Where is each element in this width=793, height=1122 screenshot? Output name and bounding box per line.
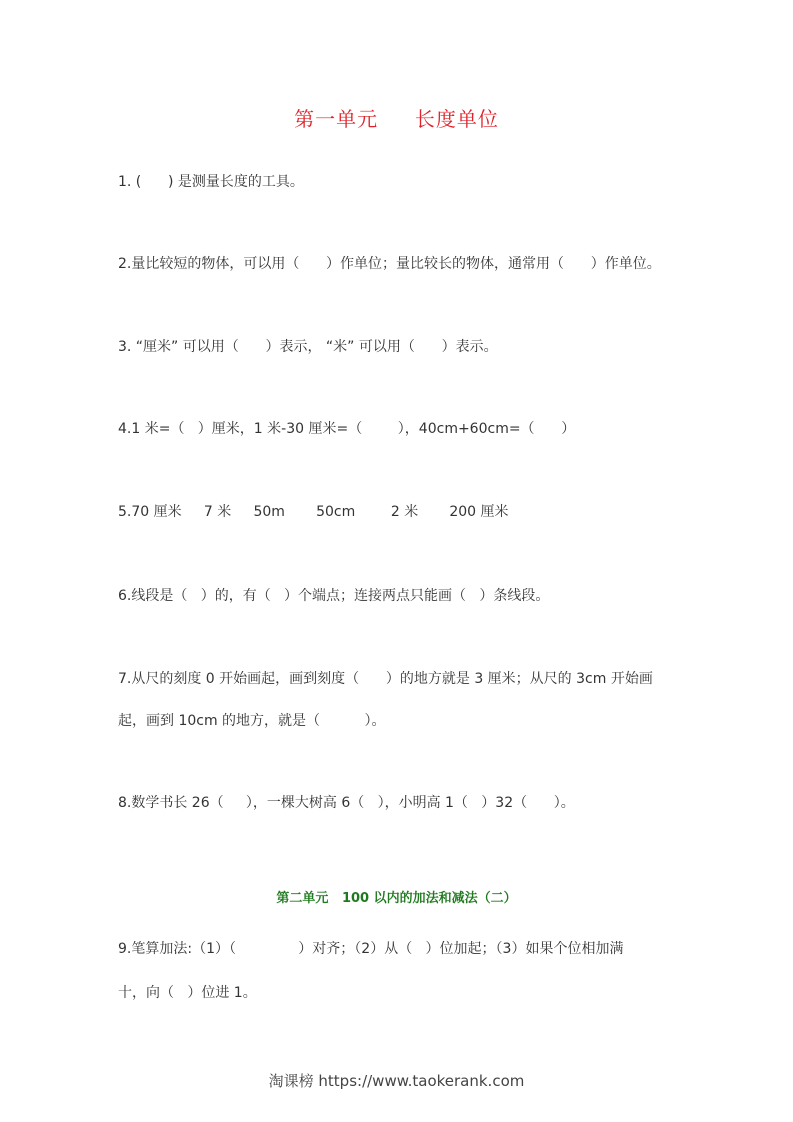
question-4: 4.1 米=（ ）厘米，1 米-30 厘米=（ ），40cm+60cm=（ ）: [118, 419, 575, 439]
question-9-line-1: 9.笔算加法:（1）（ ）对齐；（2）从（ ）位加起；（3）如果个位相加满: [118, 939, 623, 959]
question-1: 1. ( ) 是测量长度的工具。: [118, 172, 304, 192]
question-6: 6.线段是（ ）的，有（ ）个端点；连接两点只能画（ ）条线段。: [118, 586, 549, 606]
footer-watermark: 淘课榜 https://www.taokerank.com: [0, 1070, 793, 1091]
question-5: 5.70 厘米 7 米 50m 50cm 2 米 200 厘米: [118, 502, 509, 522]
question-7-line-2: 起，画到 10cm 的地方，就是（ ）。: [118, 711, 386, 731]
question-3: 3. “厘米” 可以用（ ）表示， “米” 可以用（ ）表示。: [118, 337, 498, 357]
question-7-line-1: 7.从尺的刻度 0 开始画起，画到刻度（ ）的地方就是 3 厘米；从尺的 3cm…: [118, 669, 653, 689]
document-page: 第一单元 长度单位 1. ( ) 是测量长度的工具。 2.量比较短的物体，可以用…: [0, 0, 793, 1122]
question-9-line-2: 十，向（ ）位进 1。: [118, 983, 257, 1003]
unit1-title: 第一单元 长度单位: [0, 103, 793, 132]
unit2-title: 第二单元 100 以内的加法和减法（二）: [0, 887, 793, 906]
question-8: 8.数学书长 26（ ），一棵大树高 6（ ），小明高 1（ ）32（ ）。: [118, 793, 575, 813]
question-2: 2.量比较短的物体，可以用（ ）作单位；量比较长的物体，通常用（ ）作单位。: [118, 254, 661, 274]
